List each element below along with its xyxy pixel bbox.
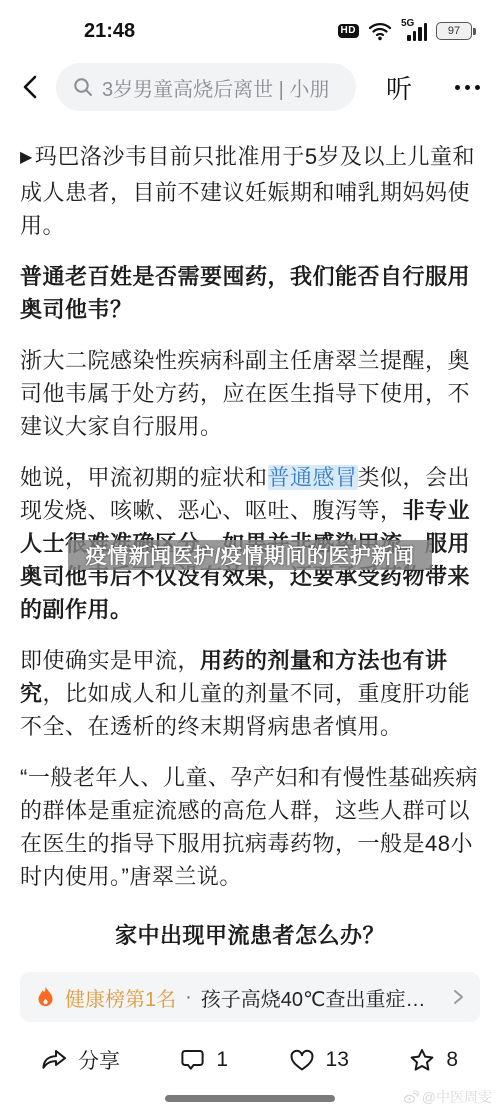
paragraph-doctor-reminder: 浙大二院感染性疾病科副主任唐翠兰提醒，奥司他韦属于处方药，应在医生指导下使用，不… — [20, 344, 480, 443]
chevron-right-icon — [450, 987, 466, 1007]
battery-percent: 97 — [448, 25, 460, 37]
triangle-bullet-icon: ▶ — [20, 149, 33, 166]
favorite-count: 8 — [446, 1048, 458, 1072]
status-bar: 21:48 HD 5G 97 — [0, 0, 500, 56]
banner-rank-label: 健康榜第1名 — [65, 983, 176, 1012]
share-button[interactable]: 分享 — [40, 1045, 120, 1075]
watermark-overlay: 疫情新闻医护/疫情期间的医护新闻 — [68, 540, 432, 570]
battery-icon: 97 — [436, 22, 472, 40]
comment-icon — [179, 1047, 206, 1073]
share-icon — [40, 1047, 68, 1073]
like-count: 13 — [326, 1048, 349, 1072]
heart-icon — [288, 1047, 316, 1073]
search-icon — [72, 76, 94, 98]
listen-button[interactable]: 听 — [386, 69, 412, 106]
more-button[interactable] — [453, 81, 482, 94]
comment-button[interactable]: 1 — [179, 1047, 228, 1073]
paragraph-baloxavir: ▶玛巴洛沙韦目前只批准用于5岁及以上儿童和成人患者，目前不建议妊娠期和哺乳期妈妈… — [20, 140, 480, 242]
weibo-watermark-text: @中医周雯 — [422, 1087, 492, 1107]
flame-icon — [34, 985, 57, 1009]
share-label: 分享 — [78, 1045, 120, 1075]
star-icon — [408, 1047, 436, 1074]
paragraph-quote: “一般老年人、儿童、孕产妇和有慢性基础疾病的群体是重症流感的高危人群，这些人群可… — [20, 761, 480, 893]
trending-banner[interactable]: 健康榜第1名 · 孩子高烧40℃查出重症流感... — [20, 972, 480, 1022]
bottom-toolbar: 分享 1 13 8 — [0, 1034, 500, 1086]
cellular-signal-icon: 5G — [401, 20, 427, 42]
clock: 21:48 — [84, 20, 135, 43]
banner-title: 孩子高烧40℃查出重症流感... — [201, 983, 442, 1012]
comment-count: 1 — [216, 1048, 228, 1072]
hd-icon: HD — [338, 24, 359, 38]
search-bar[interactable]: 3岁男童高烧后离世 | 小朋 — [56, 63, 356, 111]
weibo-watermark: @中医周雯 — [403, 1087, 492, 1107]
watermark-text: 疫情新闻医护/疫情期间的医护新闻 — [86, 540, 415, 570]
common-cold-link[interactable]: 普通感冒 — [268, 465, 358, 490]
back-button[interactable] — [18, 73, 42, 101]
weibo-logo-icon — [403, 1090, 419, 1104]
app-screen: 21:48 HD 5G 97 — [0, 0, 500, 1110]
paragraph-dosage: 即使确实是甲流，用药的剂量和方法也有讲究，比如成人和儿童的剂量不同，重度肝功能不… — [20, 644, 480, 743]
like-button[interactable]: 13 — [288, 1047, 349, 1073]
section-heading: 家中出现甲流患者怎么办？ — [20, 919, 480, 950]
home-indicator[interactable] — [165, 1095, 335, 1102]
search-query-text: 3岁男童高烧后离世 | 小朋 — [102, 73, 329, 102]
favorite-button[interactable]: 8 — [408, 1047, 458, 1074]
wifi-icon — [368, 21, 392, 41]
header-bar: 3岁男童高烧后离世 | 小朋 听 — [0, 58, 500, 116]
banner-separator: · — [185, 986, 192, 1009]
paragraph-question: 普通老百姓是否需要囤药，我们能否自行服用奥司他韦？ — [20, 260, 480, 326]
